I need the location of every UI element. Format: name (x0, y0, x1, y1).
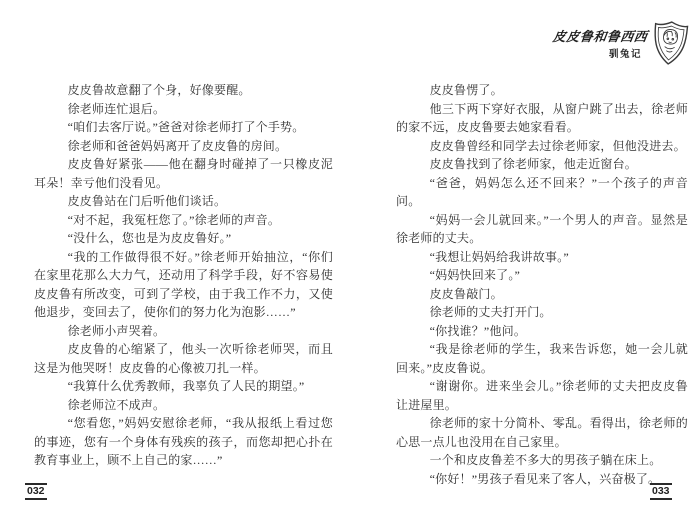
right-page-number: 033 (650, 483, 672, 500)
paragraph: 皮皮鲁曾经和同学去过徐老师家，但他没进去。 (396, 137, 688, 156)
series-title: 皮皮鲁和鲁西西 (552, 26, 649, 45)
paragraph: 皮皮鲁好紧张——他在翻身时碰掉了一只橡皮泥耳朵！幸亏他们没看见。 (34, 155, 333, 192)
paragraph: “妈妈快回来了。” (396, 266, 688, 285)
paragraph: 他三下两下穿好衣服，从窗户跳了出去，徐老师的家不远，皮皮鲁要去她家看看。 (396, 100, 688, 137)
logo-text-block: 皮皮鲁和鲁西西 驯兔记 (553, 26, 648, 60)
paragraph: 徐老师小声哭着。 (34, 322, 333, 341)
paragraph: “咱们去客厅说。”爸爸对徐老师打了个手势。 (34, 118, 333, 137)
book-spread: 皮皮鲁和鲁西西 驯兔记 皮皮鲁故意翻了个身，好像要醒。徐老师连忙退后。“咱们去客… (0, 0, 700, 525)
paragraph: 皮皮鲁站在门后听他们谈话。 (34, 192, 333, 211)
book-title: 驯兔记 (609, 46, 642, 60)
paragraph: “我算什么优秀教师，我辜负了人民的期望。” (34, 377, 333, 396)
paragraph: 皮皮鲁敲门。 (396, 285, 688, 304)
paragraph: 徐老师泣不成声。 (34, 396, 333, 415)
paragraph: “你好！”男孩子看见来了客人，兴奋极了。 (396, 470, 688, 489)
paragraph: “我想让妈妈给我讲故事。” (396, 248, 688, 267)
paragraph: 一个和皮皮鲁差不多大的男孩子躺在床上。 (396, 451, 688, 470)
paragraph: “我的工作做得很不好。”徐老师开始抽泣，“你们在家里花那么大力气，还动用了科学手… (34, 248, 333, 322)
left-page-text: 皮皮鲁故意翻了个身，好像要醒。徐老师连忙退后。“咱们去客厅说。”爸爸对徐老师打了… (34, 81, 333, 470)
paragraph: 皮皮鲁愣了。 (396, 81, 688, 100)
paragraph: “您看您，”妈妈安慰徐老师，“我从报纸上看过您的事迹，您有一个身体有残疾的孩子，… (34, 414, 333, 470)
paragraph: 皮皮鲁的心缩紧了，他头一次听徐老师哭，而且这是为他哭呀！皮皮鲁的心像被刀扎一样。 (34, 340, 333, 377)
paragraph: 徐老师连忙退后。 (34, 100, 333, 119)
paragraph: “你找谁？”他问。 (396, 322, 688, 341)
paragraph: 徐老师的家十分简朴、零乱。看得出，徐老师的心思一点儿也没用在自己家里。 (396, 414, 688, 451)
paragraph: “没什么，您也是为皮皮鲁好。” (34, 229, 333, 248)
paragraph: 皮皮鲁找到了徐老师家，他走近窗台。 (396, 155, 688, 174)
left-page-number: 032 (25, 483, 47, 500)
paragraph: “我是徐老师的学生，我来告诉您，她一会儿就回来。”皮皮鲁说。 (396, 340, 688, 377)
book-logo: 皮皮鲁和鲁西西 驯兔记 (553, 20, 688, 66)
character-shield-icon (650, 19, 690, 68)
paragraph: 徐老师和爸爸妈妈离开了皮皮鲁的房间。 (34, 137, 333, 156)
right-page-text: 皮皮鲁愣了。他三下两下穿好衣服，从窗户跳了出去，徐老师的家不远，皮皮鲁要去她家看… (396, 81, 688, 488)
paragraph: “谢谢你。进来坐会儿。”徐老师的丈夫把皮皮鲁让进屋里。 (396, 377, 688, 414)
paragraph: “妈妈一会儿就回来。”一个男人的声音。显然是徐老师的丈夫。 (396, 211, 688, 248)
paragraph: 徐老师的丈夫打开门。 (396, 303, 688, 322)
paragraph: “爸爸，妈妈怎么还不回来？”一个孩子的声音问。 (396, 174, 688, 211)
paragraph: 皮皮鲁故意翻了个身，好像要醒。 (34, 81, 333, 100)
paragraph: “对不起，我冤枉您了。”徐老师的声音。 (34, 211, 333, 230)
